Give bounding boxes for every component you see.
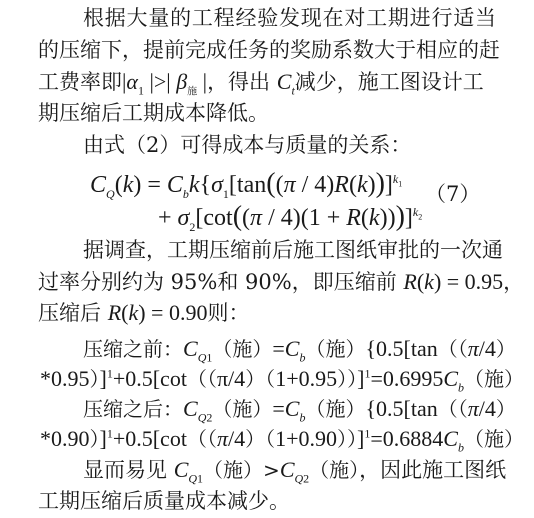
text: 过率分别约为 95%和 90%，即压缩前 [38,270,403,294]
text: 则： [207,301,249,325]
equation7-line2: + σ2[cot((π / 4)(1 + R(k)))]k2 [158,201,422,233]
text: 减少，施工图设计工 [295,70,484,94]
alpha-term: |α1 |>| β施 | [122,69,207,94]
equation-number: （7） [425,178,480,208]
paragraph2-intro: 由式（2）可得成本与质量的关系： [83,133,411,157]
calc-after-line2: *0.90）]1+0.5[cot（（π/4）（1+0.90））]1=0.6884… [40,427,524,451]
text: 显而易见 [83,458,174,482]
calc-before-line1: 压缩之前：CQ1（施）=Cb（施）{0.5[tan（（π/4） [83,337,516,361]
text: ，因此施工图纸 [359,458,506,482]
calc-after-line1: 压缩之后：CQ2（施）=Cb（施）{0.5[tan（（π/4） [83,397,516,421]
label: 压缩之后： [83,397,183,421]
equation7-line1: CQ(k) = Cbk{σ1[tan((π / 4)R(k))]k1 [90,168,402,200]
text: ，得出 [207,70,277,94]
paragraph3-line2: 过率分别约为 95%和 90%，即压缩前 R(k) = 0.95， [38,270,524,294]
paragraph1-line1: 根据大量的工程经验发现在对工期进行适当 [83,6,496,30]
text: ， [503,270,524,294]
ct-symbol: Ct [277,69,295,94]
label: 压缩之前： [83,337,183,361]
paragraph1-line2: 的压缩下，提前完成任务的奖励系数大于相应的赶 [38,38,496,62]
text: 压缩后 [38,301,108,325]
conclusion-line2: 工期压缩后质量成本减少。 [38,489,290,513]
text: 工费率即 [38,70,122,94]
conclusion-line1: 显而易见 CQ1（施）>CQ2（施），因此施工图纸 [83,458,506,482]
result-before: 0.6995 [383,366,444,391]
paragraph3-line3: 压缩后 R(k) = 0.90则： [38,301,249,325]
result-after: 0.6884 [383,426,444,451]
paragraph3-line1: 据调查，工期压缩前后施工图纸审批的一次通 [83,238,496,262]
calc-before-line2: *0.95）]1+0.5[cot（（π/4）（1+0.95））]1=0.6995… [40,367,524,391]
paragraph1-line3: 工费率即|α1 |>| β施 |，得出 Ct减少，施工图设计工 [38,70,484,94]
paragraph1-line4: 期压缩后工期成本降低。 [38,101,269,125]
rk-before: R(k) = 0.95 [403,269,503,294]
rk-after: R(k) = 0.90 [108,300,208,325]
